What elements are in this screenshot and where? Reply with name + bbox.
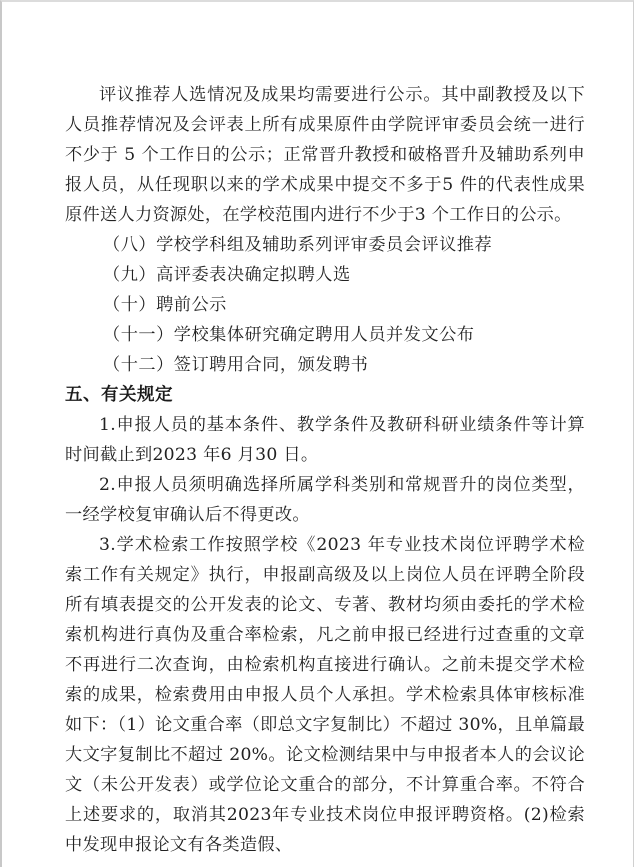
document-body: 评议推荐人选情况及成果均需要进行公示。其中副教授及以下人员推荐情况及会评表上所有… (65, 80, 585, 860)
step-item: （十）聘前公示 (65, 290, 585, 320)
rule-paragraph: 3.学术检索工作按照学校《2023 年专业技术岗位评聘学术检索工作有关规定》执行… (65, 530, 585, 860)
rule-paragraph: 2.申报人员须明确选择所属学科类别和常规晋升的岗位类型，一经学校复审确认后不得更… (65, 470, 585, 530)
step-item: （十二）签订聘用合同，颁发聘书 (65, 350, 585, 380)
rule-paragraph: 1.申报人员的基本条件、教学条件及教研科研业绩条件等计算时间截止到2023 年6… (65, 410, 585, 470)
step-item: （八）学校学科组及辅助系列评审委员会评议推荐 (65, 230, 585, 260)
section-heading: 五、有关规定 (65, 380, 585, 410)
document-page: 评议推荐人选情况及成果均需要进行公示。其中副教授及以下人员推荐情况及会评表上所有… (0, 0, 634, 867)
step-item: （十一）学校集体研究确定聘用人员并发文公布 (65, 320, 585, 350)
intro-paragraph: 评议推荐人选情况及成果均需要进行公示。其中副教授及以下人员推荐情况及会评表上所有… (65, 80, 585, 230)
step-item: （九）高评委表决确定拟聘人选 (65, 260, 585, 290)
